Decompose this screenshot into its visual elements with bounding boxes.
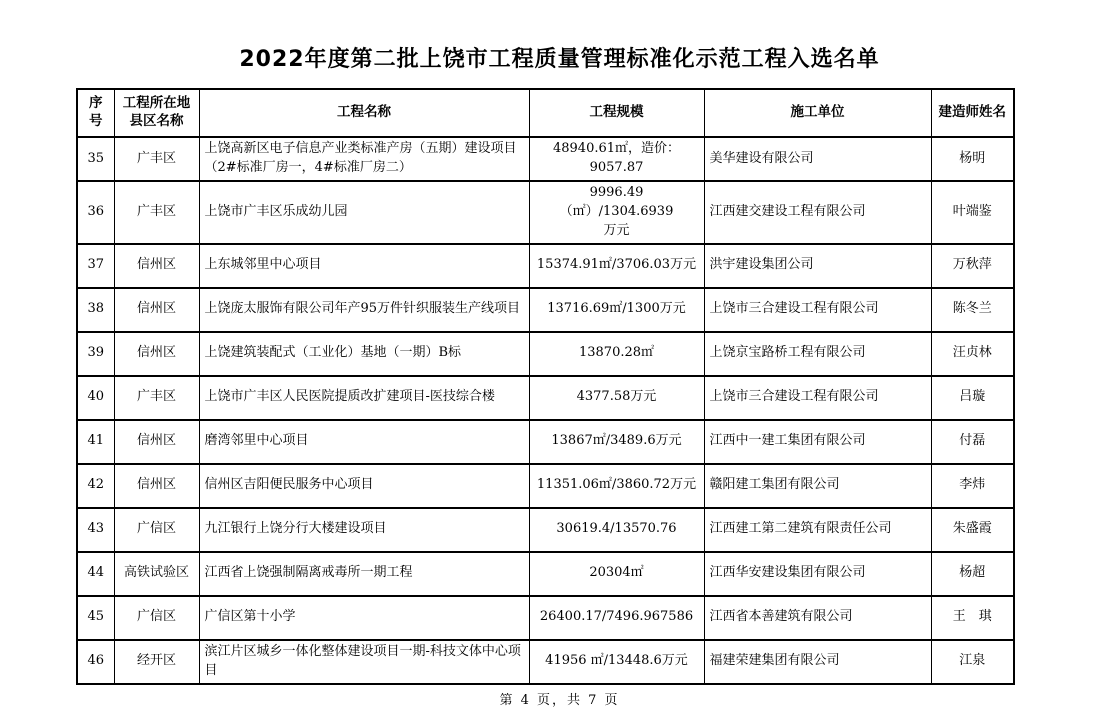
table-row: 43 广信区 九江银行上饶分行大楼建设项目 30619.4/13570.76 江… [77,508,1014,552]
cell-district: 经开区 [114,640,199,684]
cell-construction-company: 上饶京宝路桥工程有限公司 [704,332,931,376]
cell-serial-number: 44 [77,552,114,596]
cell-construction-company: 江西建交建设工程有限公司 [704,181,931,244]
cell-construction-company: 江西建工第二建筑有限责任公司 [704,508,931,552]
cell-district: 信州区 [114,244,199,288]
table-row: 38 信州区 上饶庞太服饰有限公司年产95万件针织服装生产线项目 13716.6… [77,288,1014,332]
cell-builder-name: 叶端鉴 [931,181,1014,244]
table-body: 35 广丰区 上饶高新区电子信息产业类标准产房（五期）建设项目（2#标准厂房一，… [77,137,1014,684]
cell-serial-number: 38 [77,288,114,332]
cell-builder-name: 李炜 [931,464,1014,508]
cell-district: 广信区 [114,596,199,640]
cell-builder-name: 王 琪 [931,596,1014,640]
page-title: 2022年度第二批上饶市工程质量管理标准化示范工程入选名单 [0,42,1119,73]
cell-builder-name: 汪贞林 [931,332,1014,376]
cell-builder-name: 付磊 [931,420,1014,464]
cell-builder-name: 江泉 [931,640,1014,684]
cell-project-name: 江西省上饶强制隔离戒毒所一期工程 [199,552,529,596]
cell-district: 信州区 [114,420,199,464]
table-header-row: 序号 工程所在地 县区名称 工程名称 工程规模 施工单位 建造师姓名 [77,89,1014,137]
table-row: 40 广丰区 上饶市广丰区人民医院提质改扩建项目-医技综合楼 4377.58万元… [77,376,1014,420]
cell-project-name: 上饶建筑装配式（工业化）基地（一期）B标 [199,332,529,376]
cell-builder-name: 朱盛霞 [931,508,1014,552]
cell-project-name: 滨江片区城乡一体化整体建设项目一期-科技文体中心项目 [199,640,529,684]
cell-district: 广丰区 [114,376,199,420]
table-row: 36 广丰区 上饶市广丰区乐成幼儿园 9996.49（㎡）/1304.6939 … [77,181,1014,244]
cell-district: 信州区 [114,332,199,376]
page-number-indicator: 第 4 页，共 7 页 [0,689,1119,708]
table-row: 46 经开区 滨江片区城乡一体化整体建设项目一期-科技文体中心项目 41956 … [77,640,1014,684]
cell-construction-company: 美华建设有限公司 [704,137,931,181]
cell-project-scale: 13716.69㎡/1300万元 [529,288,704,332]
cell-serial-number: 43 [77,508,114,552]
cell-project-name: 广信区第十小学 [199,596,529,640]
cell-project-name: 九江银行上饶分行大楼建设项目 [199,508,529,552]
cell-construction-company: 洪宇建设集团公司 [704,244,931,288]
table-row: 42 信州区 信州区吉阳便民服务中心项目 11351.06㎡/3860.72万元… [77,464,1014,508]
cell-builder-name: 陈冬兰 [931,288,1014,332]
cell-project-name: 信州区吉阳便民服务中心项目 [199,464,529,508]
header-project-scale: 工程规模 [529,89,704,137]
cell-district: 广丰区 [114,181,199,244]
cell-project-scale: 48940.61㎡，造价： 9057.87 [529,137,704,181]
header-serial-number: 序号 [77,89,114,137]
cell-project-scale: 30619.4/13570.76 [529,508,704,552]
header-builder-name: 建造师姓名 [931,89,1014,137]
table-row: 37 信州区 上东城邻里中心项目 15374.91㎡/3706.03万元 洪宇建… [77,244,1014,288]
cell-builder-name: 杨明 [931,137,1014,181]
table-row: 41 信州区 磨湾邻里中心项目 13867㎡/3489.6万元 江西中一建工集团… [77,420,1014,464]
cell-project-scale: 15374.91㎡/3706.03万元 [529,244,704,288]
cell-construction-company: 上饶市三合建设工程有限公司 [704,376,931,420]
cell-construction-company: 赣阳建工集团有限公司 [704,464,931,508]
cell-serial-number: 35 [77,137,114,181]
table-row: 39 信州区 上饶建筑装配式（工业化）基地（一期）B标 13870.28㎡ 上饶… [77,332,1014,376]
cell-district: 广信区 [114,508,199,552]
header-construction-company: 施工单位 [704,89,931,137]
cell-builder-name: 吕璇 [931,376,1014,420]
cell-serial-number: 45 [77,596,114,640]
header-district: 工程所在地 县区名称 [114,89,199,137]
header-project-name: 工程名称 [199,89,529,137]
cell-serial-number: 39 [77,332,114,376]
cell-builder-name: 杨超 [931,552,1014,596]
table-row: 35 广丰区 上饶高新区电子信息产业类标准产房（五期）建设项目（2#标准厂房一，… [77,137,1014,181]
cell-construction-company: 福建荣建集团有限公司 [704,640,931,684]
cell-construction-company: 上饶市三合建设工程有限公司 [704,288,931,332]
cell-district: 信州区 [114,288,199,332]
cell-serial-number: 36 [77,181,114,244]
cell-project-scale: 11351.06㎡/3860.72万元 [529,464,704,508]
cell-district: 高铁试验区 [114,552,199,596]
cell-construction-company: 江西华安建设集团有限公司 [704,552,931,596]
cell-serial-number: 42 [77,464,114,508]
cell-project-scale: 4377.58万元 [529,376,704,420]
cell-project-name: 磨湾邻里中心项目 [199,420,529,464]
header-district-line2: 县区名称 [130,113,184,129]
cell-district: 信州区 [114,464,199,508]
header-district-line1: 工程所在地 [123,95,191,111]
table-header: 序号 工程所在地 县区名称 工程名称 工程规模 施工单位 建造师姓名 [77,89,1014,137]
document-page: 2022年度第二批上饶市工程质量管理标准化示范工程入选名单 序号 工程所在地 县… [0,0,1119,727]
cell-project-name: 上饶高新区电子信息产业类标准产房（五期）建设项目（2#标准厂房一，4#标准厂房二… [199,137,529,181]
cell-project-name: 上饶市广丰区人民医院提质改扩建项目-医技综合楼 [199,376,529,420]
cell-serial-number: 46 [77,640,114,684]
cell-project-name: 上东城邻里中心项目 [199,244,529,288]
cell-builder-name: 万秋萍 [931,244,1014,288]
table-row: 44 高铁试验区 江西省上饶强制隔离戒毒所一期工程 20304㎡ 江西华安建设集… [77,552,1014,596]
cell-project-scale: 20304㎡ [529,552,704,596]
cell-project-name: 上饶市广丰区乐成幼儿园 [199,181,529,244]
cell-project-scale: 9996.49（㎡）/1304.6939 万元 [529,181,704,244]
cell-project-scale: 26400.17/7496.967586 [529,596,704,640]
cell-project-scale: 41956 ㎡/13448.6万元 [529,640,704,684]
projects-table: 序号 工程所在地 县区名称 工程名称 工程规模 施工单位 建造师姓名 35 广丰… [76,88,1015,685]
cell-project-scale: 13870.28㎡ [529,332,704,376]
cell-district: 广丰区 [114,137,199,181]
cell-project-scale: 13867㎡/3489.6万元 [529,420,704,464]
table-row: 45 广信区 广信区第十小学 26400.17/7496.967586 江西省本… [77,596,1014,640]
cell-construction-company: 江西省本善建筑有限公司 [704,596,931,640]
cell-serial-number: 41 [77,420,114,464]
cell-project-name: 上饶庞太服饰有限公司年产95万件针织服装生产线项目 [199,288,529,332]
cell-construction-company: 江西中一建工集团有限公司 [704,420,931,464]
cell-serial-number: 40 [77,376,114,420]
cell-serial-number: 37 [77,244,114,288]
